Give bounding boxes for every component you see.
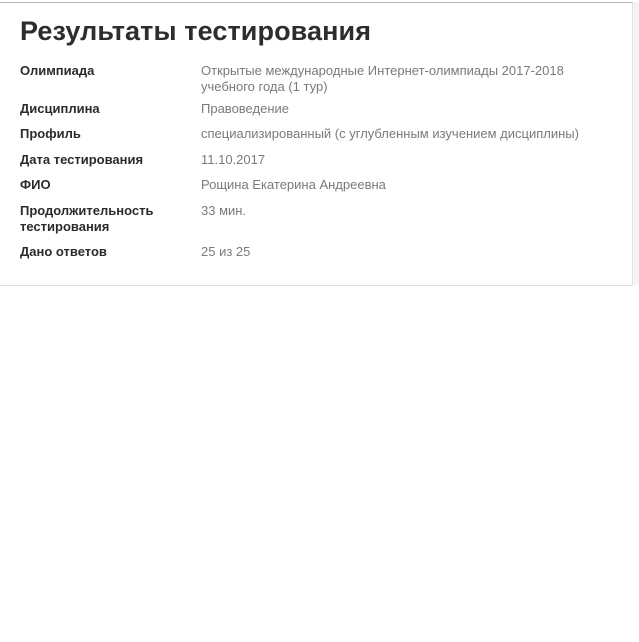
row-label: ФИО xyxy=(20,177,201,193)
row-label: Профиль xyxy=(20,126,201,142)
page: Результаты тестирования Олимпиада Открыт… xyxy=(0,0,639,642)
row-value: 25 из 25 xyxy=(201,244,620,260)
row-label: Продолжительность тестирования xyxy=(20,203,201,235)
page-title: Результаты тестирования xyxy=(20,16,371,47)
row-profile: Профиль специализированный (с углубленны… xyxy=(20,126,620,152)
row-label: Дата тестирования xyxy=(20,152,201,168)
row-label: Дисциплина xyxy=(20,101,201,117)
row-answers-given: Дано ответов 25 из 25 xyxy=(20,244,620,264)
row-value: Правоведение xyxy=(201,101,620,117)
row-discipline: Дисциплина Правоведение xyxy=(20,101,620,126)
row-value: 33 мин. xyxy=(201,203,620,219)
row-value: 11.10.2017 xyxy=(201,152,620,168)
results-card: Результаты тестирования Олимпиада Открыт… xyxy=(0,2,633,286)
row-duration: Продолжительность тестирования 33 мин. xyxy=(20,203,620,244)
row-label: Дано ответов xyxy=(20,244,201,260)
row-test-date: Дата тестирования 11.10.2017 xyxy=(20,152,620,177)
scrollbar-track[interactable] xyxy=(633,2,639,285)
row-label: Олимпиада xyxy=(20,63,201,79)
row-full-name: ФИО Рощина Екатерина Андреевна xyxy=(20,177,620,203)
results-table: Олимпиада Открытые международные Интерне… xyxy=(20,63,620,264)
row-value: специализированный (с углубленным изучен… xyxy=(201,126,620,142)
row-olympiad: Олимпиада Открытые международные Интерне… xyxy=(20,63,620,101)
row-value: Рощина Екатерина Андреевна xyxy=(201,177,620,193)
row-value: Открытые международные Интернет-олимпиад… xyxy=(201,63,620,95)
